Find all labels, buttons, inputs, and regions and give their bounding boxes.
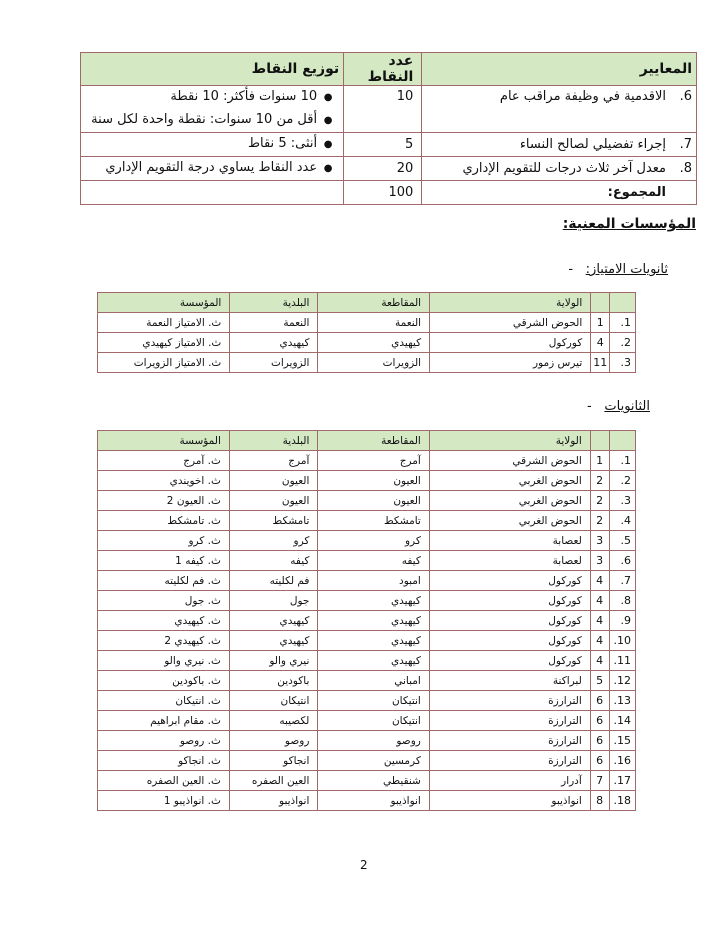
wilaya-cell: آدرار (429, 771, 590, 791)
row-index: 6. (609, 551, 636, 571)
moughataa-cell: الزويرات (318, 353, 430, 373)
section-heading: المؤسسات المعنية: (563, 216, 696, 232)
moughataa-cell: العيون (318, 491, 429, 511)
row-index: 15. (609, 731, 636, 751)
secondary-title: الثانويات (604, 399, 650, 414)
wilaya-cell: الحوض الغربي (429, 491, 590, 511)
header-distribution: توزيع النقاط (81, 53, 344, 86)
secondary-subheading: الثانويات- (574, 399, 650, 414)
moughataa-cell: كيهيدي (318, 611, 429, 631)
table-row: 15.6الترارزةروصوروصوث. روصو (98, 731, 636, 751)
criterion-text: معدل آخر ثلاث درجات للتقويم الإداري (462, 161, 666, 176)
row-index: 4. (609, 511, 636, 531)
table-row: 4.2الحوض الغربيتامشكطتامشكطث. تامشكط (98, 511, 636, 531)
wilaya-number: 5 (590, 671, 609, 691)
institution-cell: ث. الامتياز النعمة (98, 313, 230, 333)
wilaya-cell: الترارزة (429, 751, 590, 771)
row-index: 7. (609, 571, 636, 591)
commune-cell: باكودين (229, 671, 318, 691)
criterion-text: إجراء تفضيلي لصالح النساء (520, 137, 666, 152)
criteria-header-row: المعايير عدد النقاط توزيع النقاط (81, 53, 697, 86)
row-index: 17. (609, 771, 636, 791)
wilaya-cell: الحوض الشرقي (429, 451, 590, 471)
wilaya-number: 8 (590, 791, 609, 811)
wilaya-cell: كوركول (430, 333, 591, 353)
table-row: 14.6الترارزةانتيكانلكصيبهث. مقام ابراهيم (98, 711, 636, 731)
header-commune: البلدية (230, 293, 318, 313)
table-row: 1.1الحوض الشرقيالنعمةالنعمةث. الامتياز ا… (98, 313, 636, 333)
commune-cell: انواذيبو (229, 791, 318, 811)
commune-cell: كيهيدي (229, 611, 318, 631)
header-institution: المؤسسة (98, 431, 230, 451)
commune-cell: نيري والو (229, 651, 318, 671)
secondary-table: الولاية المقاطعة البلدية المؤسسة 1.1الحو… (97, 430, 636, 811)
wilaya-number: 1 (590, 451, 609, 471)
criterion-number: 8. (672, 161, 692, 176)
moughataa-cell: امبود (318, 571, 429, 591)
moughataa-cell: كيهيدي (318, 631, 429, 651)
bullet-icon: ● (317, 87, 339, 109)
institution-cell: ث. فم لكليته (98, 571, 230, 591)
commune-cell: العيون (229, 471, 318, 491)
commune-cell: روصو (229, 731, 318, 751)
wilaya-number: 2 (590, 471, 609, 491)
header-commune: البلدية (229, 431, 318, 451)
criterion-text: الاقدمية في وظيفة مراقب عام (500, 89, 666, 104)
table-row: 13.6الترارزةانتيكانانتيكانث. انتيكان (98, 691, 636, 711)
header-wilaya: الولاية (430, 293, 591, 313)
row-index: 16. (609, 751, 636, 771)
row-index: 11. (609, 651, 636, 671)
row-index: 9. (609, 611, 636, 631)
institution-cell: ث. جول (98, 591, 230, 611)
criteria-row: 7.إجراء تفضيلي لصالح النساء 5 ●أنثى: 5 ن… (81, 133, 697, 157)
row-index: 8. (609, 591, 636, 611)
header-moughataa: المقاطعة (318, 431, 429, 451)
bullet-icon: ● (317, 158, 339, 180)
row-index: 18. (609, 791, 636, 811)
criterion-points: 10 (344, 86, 422, 133)
commune-cell: كرو (229, 531, 318, 551)
row-index: 1. (609, 451, 636, 471)
wilaya-cell: الترارزة (429, 731, 590, 751)
institution-cell: ث. الامتياز الزويرات (98, 353, 230, 373)
bullet-icon: ● (317, 110, 339, 132)
criteria-row: 6.الاقدمية في وظيفة مراقب عام 10 ●10 سنو… (81, 86, 697, 133)
wilaya-cell: كوركول (429, 631, 590, 651)
table-row: 7.4كوركولامبودفم لكليتهث. فم لكليته (98, 571, 636, 591)
row-index: 13. (609, 691, 636, 711)
criteria-row: 8.معدل آخر ثلاث درجات للتقويم الإداري 20… (81, 157, 697, 181)
criterion-number: 6. (672, 89, 692, 104)
table-row: 2.4كوركولكيهيديكيهيديث. الامتياز كيهيدي (98, 333, 636, 353)
wilaya-number: 2 (590, 511, 609, 531)
distribution-item: ●10 سنوات فأكثر: 10 نقطة (85, 86, 339, 109)
wilaya-cell: الحوض الغربي (429, 511, 590, 531)
moughataa-cell: انتيكان (318, 691, 429, 711)
commune-cell: انتيكان (229, 691, 318, 711)
row-index: 2. (610, 333, 636, 353)
commune-cell: الزويرات (230, 353, 318, 373)
wilaya-cell: لعصابة (429, 531, 590, 551)
table-row: 9.4كوركولكيهيديكيهيديث. كيهيدي (98, 611, 636, 631)
row-index: 3. (610, 353, 636, 373)
table-row: 12.5لبراكنةامبانيباكودينث. باكودين (98, 671, 636, 691)
commune-cell: كيهيدي (230, 333, 318, 353)
institution-cell: ث. انتيكان (98, 691, 230, 711)
header-points: عدد النقاط (344, 53, 422, 86)
institution-cell: ث. كيهيدي 2 (98, 631, 230, 651)
institution-cell: ث. انواذيبو 1 (98, 791, 230, 811)
criterion-points: 20 (344, 157, 422, 181)
institution-cell: ث. مقام ابراهيم (98, 711, 230, 731)
commune-cell: فم لكليته (229, 571, 318, 591)
wilaya-number: 6 (590, 691, 609, 711)
commune-cell: كيفه (229, 551, 318, 571)
wilaya-cell: كوركول (429, 571, 590, 591)
wilaya-number: 4 (590, 571, 609, 591)
row-index: 3. (609, 491, 636, 511)
row-index: 5. (609, 531, 636, 551)
institution-cell: ث. نيري والو (98, 651, 230, 671)
wilaya-cell: الترارزة (429, 711, 590, 731)
table-header-row: الولاية المقاطعة البلدية المؤسسة (98, 431, 636, 451)
header-moughataa: المقاطعة (318, 293, 430, 313)
wilaya-cell: الحوض الغربي (429, 471, 590, 491)
table-row: 18.8انواذيبوانواذيبوانواذيبوث. انواذيبو … (98, 791, 636, 811)
table-header-row: الولاية المقاطعة البلدية المؤسسة (98, 293, 636, 313)
institution-cell: ث. آمرج (98, 451, 230, 471)
wilaya-number: 6 (590, 731, 609, 751)
commune-cell: جول (229, 591, 318, 611)
table-row: 11.4كوركولكيهيدينيري والوث. نيري والو (98, 651, 636, 671)
excellence-title: ثانويات الامتياز: (586, 262, 668, 277)
commune-cell: كيهيدي (229, 631, 318, 651)
row-index: 14. (609, 711, 636, 731)
moughataa-cell: كيهيدي (318, 333, 430, 353)
row-index: 12. (609, 671, 636, 691)
wilaya-number: 1 (591, 313, 610, 333)
moughataa-cell: النعمة (318, 313, 430, 333)
row-index: 10. (609, 631, 636, 651)
table-row: 2.2الحوض الغربيالعيونالعيونث. اخويندي (98, 471, 636, 491)
institution-cell: ث. كرو (98, 531, 230, 551)
header-institution: المؤسسة (98, 293, 230, 313)
institution-cell: ث. روصو (98, 731, 230, 751)
criteria-table: المعايير عدد النقاط توزيع النقاط 6.الاقد… (80, 52, 697, 205)
wilaya-number: 4 (590, 611, 609, 631)
moughataa-cell: روصو (318, 731, 429, 751)
criteria-total-row: المجموع: 100 (81, 181, 697, 205)
wilaya-number: 2 (590, 491, 609, 511)
wilaya-number: 4 (590, 591, 609, 611)
wilaya-cell: انواذيبو (429, 791, 590, 811)
wilaya-number: 3 (590, 531, 609, 551)
row-index: 1. (610, 313, 636, 333)
wilaya-number: 6 (590, 751, 609, 771)
wilaya-number: 3 (590, 551, 609, 571)
dash-icon: - (574, 399, 604, 414)
wilaya-cell: تيرس زمور (430, 353, 591, 373)
moughataa-cell: انواذيبو (318, 791, 429, 811)
criterion-number: 7. (672, 137, 692, 152)
total-label: المجموع: (422, 181, 697, 205)
moughataa-cell: شنقيطي (318, 771, 429, 791)
wilaya-number: 6 (590, 711, 609, 731)
distribution-item: ●عدد النقاط يساوي درجة التقويم الإداري (85, 157, 339, 180)
wilaya-cell: لعصابة (429, 551, 590, 571)
institution-cell: ث. تامشكط (98, 511, 230, 531)
dash-icon: - (556, 262, 586, 277)
moughataa-cell: كيهيدي (318, 651, 429, 671)
wilaya-number: 4 (590, 631, 609, 651)
moughataa-cell: امباني (318, 671, 429, 691)
moughataa-cell: كيفه (318, 551, 429, 571)
distribution-item: ●أقل من 10 سنوات: نقطة واحدة لكل سنة (85, 109, 339, 132)
header-wilaya: الولاية (429, 431, 590, 451)
commune-cell: النعمة (230, 313, 318, 333)
table-row: 3.11تيرس زمورالزويراتالزويراتث. الامتياز… (98, 353, 636, 373)
commune-cell: تامشكط (229, 511, 318, 531)
wilaya-number: 11 (591, 353, 610, 373)
institution-cell: ث. الامتياز كيهيدي (98, 333, 230, 353)
table-row: 16.6الترارزةكرمسينانجاكوث. انجاكو (98, 751, 636, 771)
moughataa-cell: العيون (318, 471, 429, 491)
moughataa-cell: تامشكط (318, 511, 429, 531)
wilaya-cell: الترارزة (429, 691, 590, 711)
commune-cell: العيون (229, 491, 318, 511)
institution-cell: ث. انجاكو (98, 751, 230, 771)
excellence-table: الولاية المقاطعة البلدية المؤسسة 1.1الحو… (97, 292, 636, 373)
moughataa-cell: كيهيدي (318, 591, 429, 611)
wilaya-cell: الحوض الشرقي (430, 313, 591, 333)
commune-cell: انجاكو (229, 751, 318, 771)
moughataa-cell: كرو (318, 531, 429, 551)
wilaya-number: 4 (591, 333, 610, 353)
table-row: 8.4كوركولكيهيديجولث. جول (98, 591, 636, 611)
institution-cell: ث. كيهيدي (98, 611, 230, 631)
institution-cell: ث. كيفه 1 (98, 551, 230, 571)
wilaya-cell: لبراكنة (429, 671, 590, 691)
wilaya-number: 4 (590, 651, 609, 671)
row-index: 2. (609, 471, 636, 491)
wilaya-cell: كوركول (429, 651, 590, 671)
bullet-icon: ● (317, 134, 339, 156)
distribution-item: ●أنثى: 5 نقاط (85, 133, 339, 156)
moughataa-cell: آمرج (318, 451, 429, 471)
header-criteria: المعايير (422, 53, 697, 86)
table-row: 17.7آدرارشنقيطيالعين الصفرهث. العين الصف… (98, 771, 636, 791)
institution-cell: ث. العين الصفره (98, 771, 230, 791)
commune-cell: العين الصفره (229, 771, 318, 791)
commune-cell: آمرج (229, 451, 318, 471)
moughataa-cell: كرمسين (318, 751, 429, 771)
total-value: 100 (344, 181, 422, 205)
institution-cell: ث. اخويندي (98, 471, 230, 491)
institution-cell: ث. باكودين (98, 671, 230, 691)
criterion-points: 5 (344, 133, 422, 157)
wilaya-number: 7 (590, 771, 609, 791)
table-row: 6.3لعصابةكيفهكيفهث. كيفه 1 (98, 551, 636, 571)
table-row: 3.2الحوض الغربيالعيونالعيونث. العيون 2 (98, 491, 636, 511)
excellence-subheading: ثانويات الامتياز:- (556, 262, 668, 277)
moughataa-cell: انتيكان (318, 711, 429, 731)
commune-cell: لكصيبه (229, 711, 318, 731)
wilaya-cell: كوركول (429, 591, 590, 611)
page-number: 2 (360, 858, 368, 872)
wilaya-cell: كوركول (429, 611, 590, 631)
table-row: 5.3لعصابةكروكروث. كرو (98, 531, 636, 551)
table-row: 1.1الحوض الشرقيآمرجآمرجث. آمرج (98, 451, 636, 471)
institution-cell: ث. العيون 2 (98, 491, 230, 511)
table-row: 10.4كوركولكيهيديكيهيديث. كيهيدي 2 (98, 631, 636, 651)
